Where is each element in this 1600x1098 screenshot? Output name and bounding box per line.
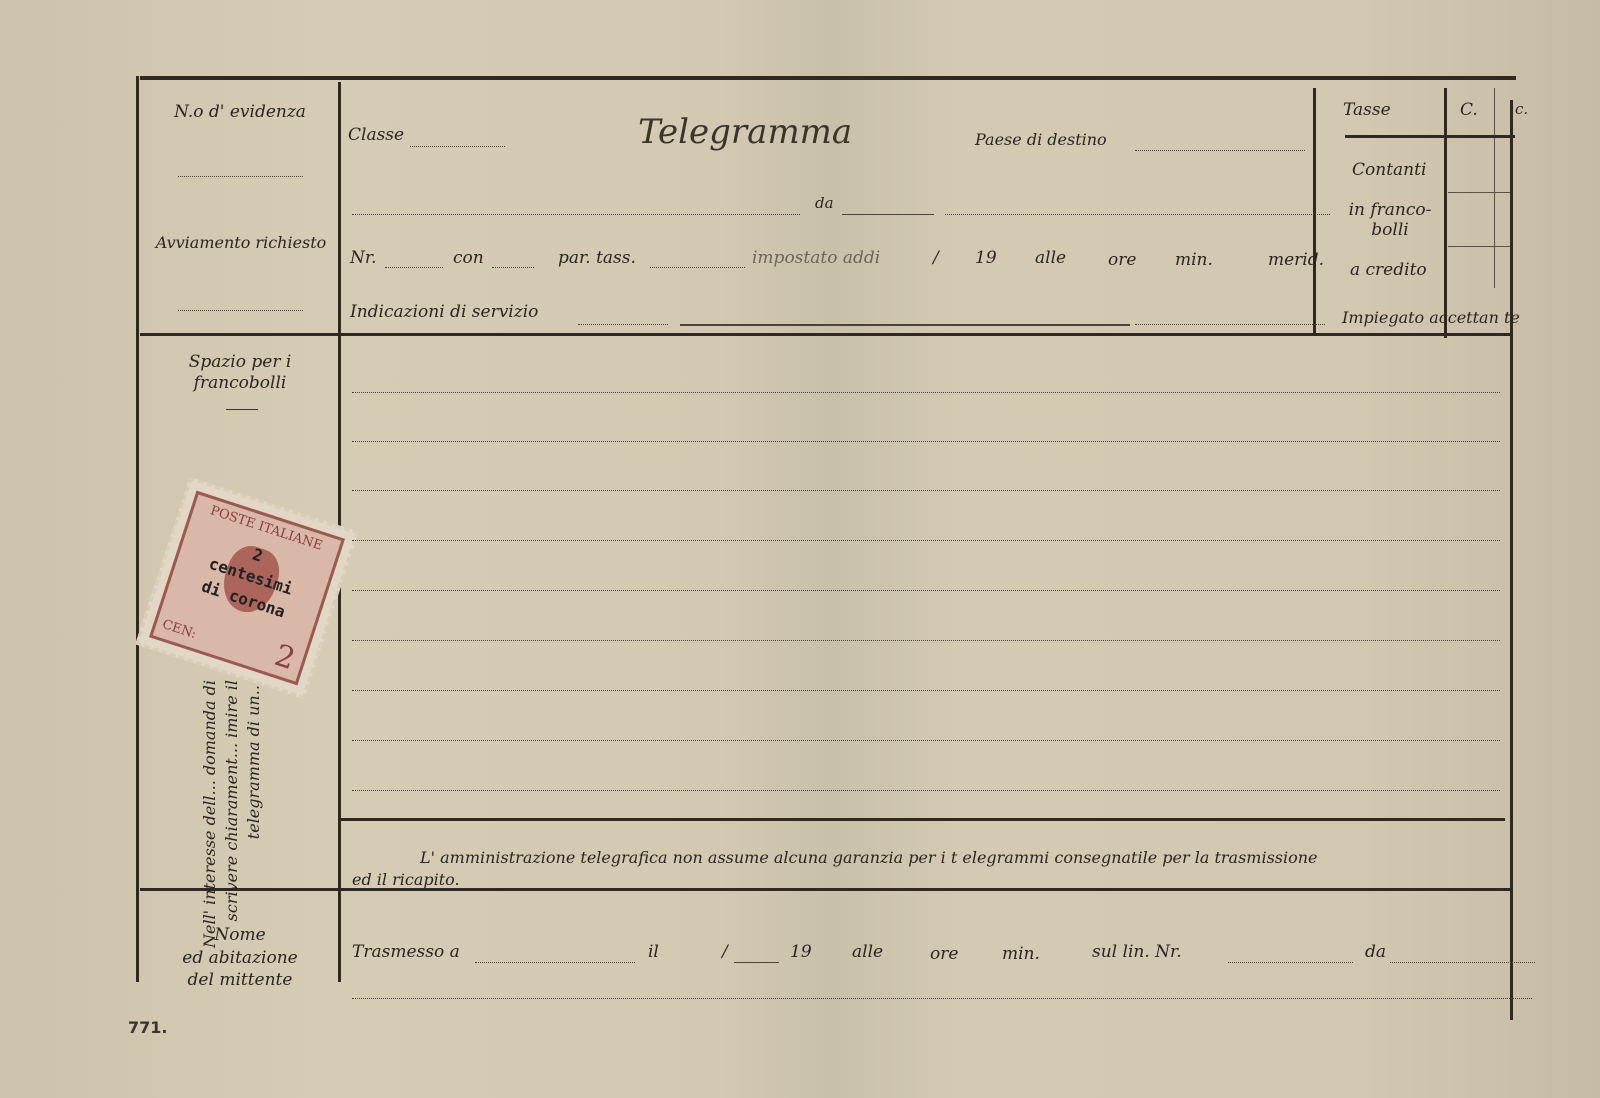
message-line[interactable] xyxy=(352,690,1500,691)
da-field[interactable] xyxy=(842,214,934,215)
merid-label: merid. xyxy=(1268,250,1324,270)
tax-c-lower: c. xyxy=(1515,100,1528,118)
par-tass-label: par. tass. xyxy=(558,248,636,268)
tax-col-divider-2 xyxy=(1494,88,1495,288)
con-field[interactable] xyxy=(492,267,534,268)
impostato-label: impostato addi xyxy=(752,248,880,268)
sender-label-1: Nome xyxy=(140,925,340,945)
contanti-label: Contanti xyxy=(1352,160,1426,180)
sender-label-3: del mittente xyxy=(140,970,340,990)
origin-field[interactable] xyxy=(352,214,800,215)
notice-line-1: Nell' interesse dell... domanda di xyxy=(200,680,220,948)
indicazioni-field-a[interactable] xyxy=(578,324,668,325)
message-bottom-border xyxy=(340,818,1505,821)
nr-field[interactable] xyxy=(385,267,443,268)
indicazioni-label: Indicazioni di servizio xyxy=(350,302,538,322)
message-line[interactable] xyxy=(352,490,1500,491)
classe-field[interactable] xyxy=(410,146,505,147)
footer-alle-label: alle xyxy=(852,942,883,962)
francobolli-label-2: bolli xyxy=(1340,220,1440,240)
tax-c-upper: C. xyxy=(1460,100,1478,120)
left-border xyxy=(136,76,139,982)
indicazioni-field-c[interactable] xyxy=(1135,324,1325,325)
classe-label: Classe xyxy=(348,125,404,145)
tasse-label: Tasse xyxy=(1343,100,1391,120)
trasmesso-label: Trasmesso a xyxy=(352,942,460,962)
sender-label-2: ed abitazione xyxy=(140,948,340,968)
tax-col-divider xyxy=(1444,88,1447,338)
message-line[interactable] xyxy=(352,441,1500,442)
sender-address-field[interactable] xyxy=(352,998,1532,999)
date-slash: / xyxy=(933,248,939,268)
postage-stamp: POSTE ITALIANE 2 centesimi di corona CEN… xyxy=(135,477,359,699)
right-border xyxy=(1510,100,1513,1020)
footer-da-field[interactable] xyxy=(1390,962,1535,963)
stamp-value: 2 xyxy=(270,638,299,677)
message-line[interactable] xyxy=(352,392,1500,393)
footer-sul-lin-label: sul lin. Nr. xyxy=(1092,942,1182,962)
alle-label: alle xyxy=(1035,248,1066,268)
year-label: 19 xyxy=(975,248,997,268)
paese-label: Paese di destino xyxy=(975,130,1107,149)
form-title: Telegramma xyxy=(638,112,852,152)
stamp-space-label-2: francobolli xyxy=(140,373,340,393)
con-label: con xyxy=(453,248,484,268)
footer-da-label: da xyxy=(1365,942,1386,962)
tax-box-divider xyxy=(1313,88,1316,333)
trasmesso-field[interactable] xyxy=(475,962,635,963)
telegram-form-paper: N.o d' evidenza Avviamento richiesto Cla… xyxy=(0,0,1600,1098)
francobolli-label-1: in franco- xyxy=(1340,200,1440,220)
evidence-label: N.o d' evidenza xyxy=(140,102,340,122)
destination-field[interactable] xyxy=(945,214,1330,215)
il-label: il xyxy=(648,942,659,962)
notice-line-2: scrivere chiarament... imire il xyxy=(222,680,242,921)
notice-line-3: telegramma di un... xyxy=(244,680,264,839)
tax-header-border xyxy=(1345,135,1515,138)
da-label: da xyxy=(815,194,834,212)
message-line[interactable] xyxy=(352,790,1500,791)
stamp-cen: CEN: xyxy=(160,617,198,642)
indicazioni-field-b[interactable] xyxy=(680,324,1130,326)
min-label: min. xyxy=(1175,250,1213,270)
footer-ore-label: ore xyxy=(930,944,958,964)
paese-field[interactable] xyxy=(1135,150,1305,151)
routing-field[interactable] xyxy=(178,310,303,311)
tax-row-2 xyxy=(1448,246,1510,247)
nr-label: Nr. xyxy=(350,248,377,268)
footer-day-field[interactable] xyxy=(734,962,779,963)
message-line[interactable] xyxy=(352,640,1500,641)
disclaimer-line-1: L' amministrazione telegrafica non assum… xyxy=(420,848,1318,867)
disclaimer-bottom-border xyxy=(140,888,1512,891)
stamp-space-label-1: Spazio per i xyxy=(140,352,340,372)
stamp-space-rule xyxy=(226,409,258,410)
message-line[interactable] xyxy=(352,590,1500,591)
impiegato-label: Impiegato accettan te xyxy=(1342,308,1520,327)
footer-date-slash: / xyxy=(722,942,728,962)
routing-label: Avviamento richiesto xyxy=(140,233,342,252)
message-line[interactable] xyxy=(352,740,1500,741)
tax-row-1 xyxy=(1448,192,1510,193)
message-line[interactable] xyxy=(352,540,1500,541)
credito-label: a credito xyxy=(1350,260,1427,280)
form-number: 771. xyxy=(128,1018,167,1037)
evidence-field[interactable] xyxy=(178,176,303,177)
top-border xyxy=(140,76,1516,80)
par-tass-field[interactable] xyxy=(650,267,745,268)
header-bottom-border xyxy=(140,333,1512,336)
footer-lin-field[interactable] xyxy=(1228,962,1353,963)
footer-year-label: 19 xyxy=(790,942,812,962)
ore-label: ore xyxy=(1108,250,1136,270)
disclaimer-line-2: ed il ricapito. xyxy=(352,870,460,889)
footer-min-label: min. xyxy=(1002,944,1040,964)
